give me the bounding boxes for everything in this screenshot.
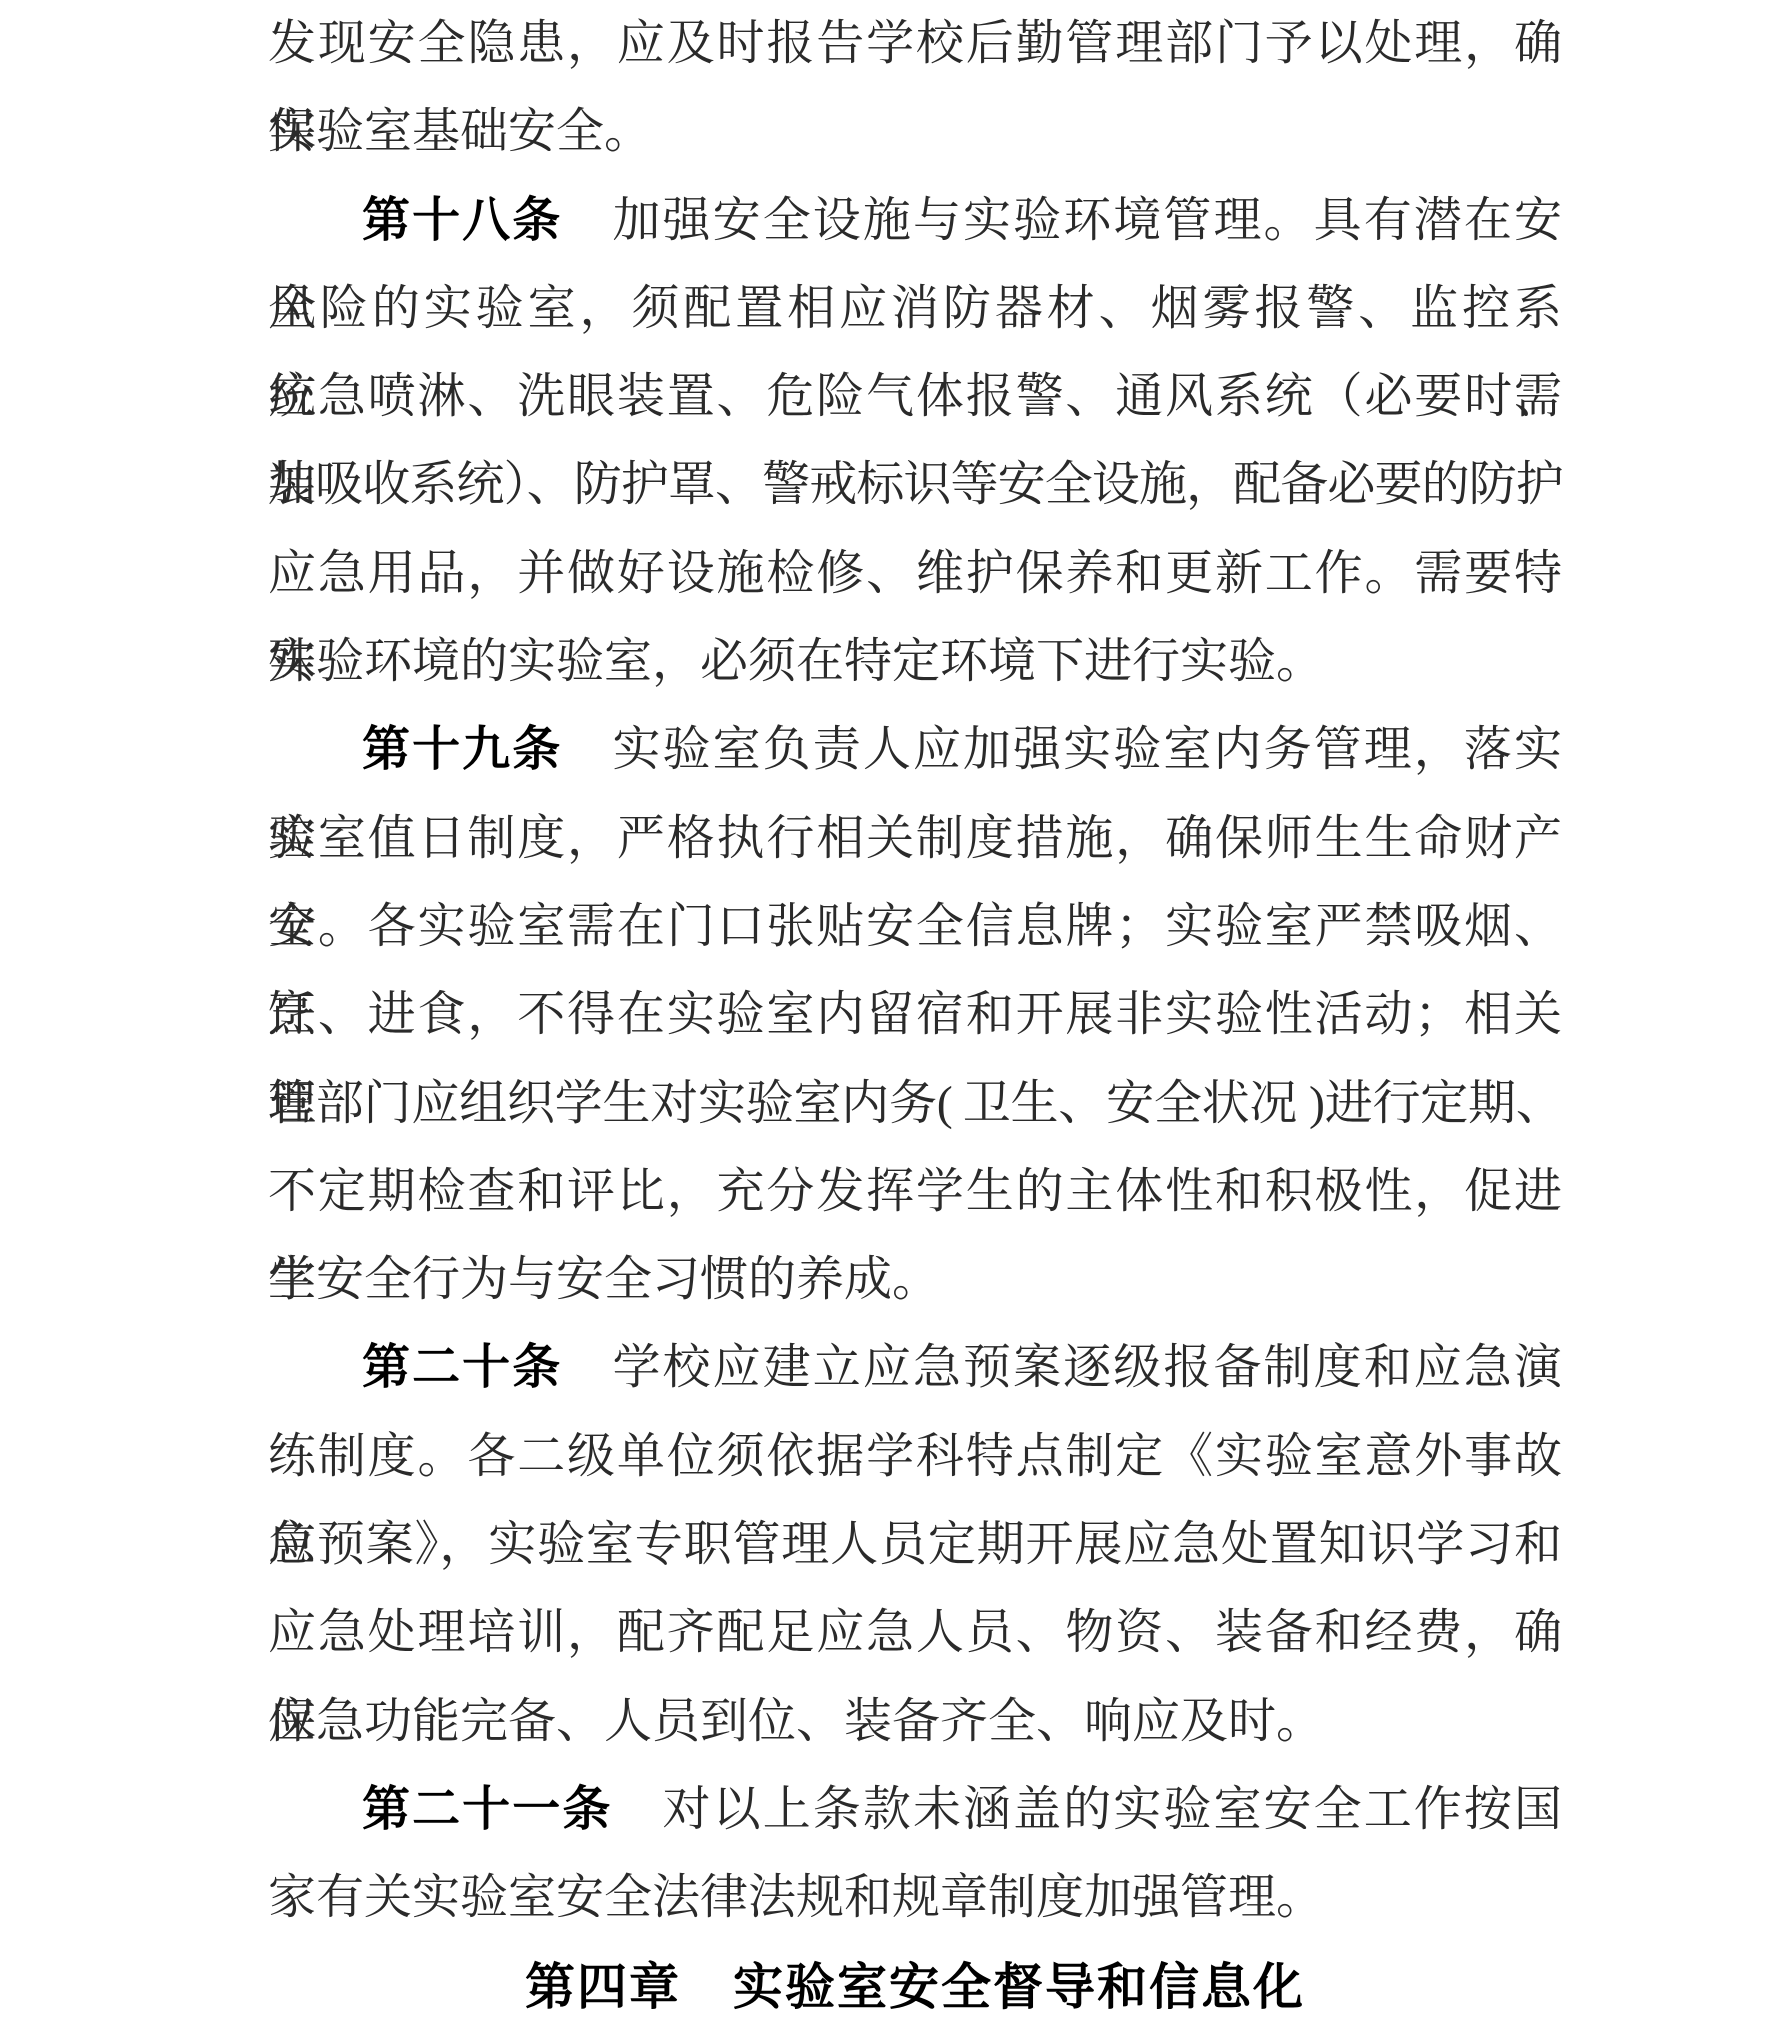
- text-line: 生安全行为与安全习惯的养成。: [268, 1236, 1562, 1324]
- text-line: 装吸收系统）、防护罩、警戒标识等安全设施，配备必要的防护: [268, 441, 1562, 529]
- document-page: 发现安全隐患，应及时报告学校后勤管理部门予以处理，确保实验室基础安全。第十八条 …: [0, 0, 1788, 2031]
- text-line: 应急喷淋、洗眼装置、危险气体报警、通风系统（必要时需加: [268, 353, 1562, 441]
- article-number-label: 第十九条: [362, 723, 562, 776]
- text-line: 实验室基础安全。: [268, 88, 1562, 176]
- text-line: 练制度。各二级单位须依据学科特点制定《实验室意外事故应: [268, 1413, 1562, 1501]
- paragraph-article-19: 第十九条 实验室负责人应加强实验室内务管理，落实实验室值日制度，严格执行相关制度…: [268, 706, 1562, 1324]
- paragraph-continuation: 发现安全隐患，应及时报告学校后勤管理部门予以处理，确保实验室基础安全。: [268, 0, 1562, 177]
- paragraph-article-21: 第二十一条 对以上条款未涵盖的实验室安全工作按国家有关实验室安全法律法规和规章制…: [268, 1766, 1562, 1943]
- text-line: 家有关实验室安全法律法规和规章制度加强管理。: [268, 1854, 1562, 1942]
- text-line: 应急处理培训，配齐配足应急人员、物资、装备和经费，确保: [268, 1589, 1562, 1677]
- text-line: 实验环境的实验室，必须在特定环境下进行实验。: [268, 618, 1562, 706]
- text-line: 全。各实验室需在门口张贴安全信息牌；实验室严禁吸烟、烹: [268, 883, 1562, 971]
- text-line: 发现安全隐患，应及时报告学校后勤管理部门予以处理，确保: [268, 0, 1562, 88]
- article-number-label: 第十八条: [362, 194, 562, 247]
- text-line: 第二十一条 对以上条款未涵盖的实验室安全工作按国: [268, 1766, 1562, 1854]
- text-line: 不定期检查和评比，充分发挥学生的主体性和积极性，促进学: [268, 1148, 1562, 1236]
- article-number-label: 第二十条: [362, 1341, 562, 1394]
- text-line: 风险的实验室，须配置相应消防器材、烟雾报警、监控系统、: [268, 265, 1562, 353]
- text-line: 第十八条 加强安全设施与实验环境管理。具有潜在安全: [268, 177, 1562, 265]
- chapter-heading: 第四章 实验室安全督导和信息化: [268, 1943, 1562, 2031]
- text-line: 应急用品，并做好设施检修、维护保养和更新工作。需要特殊: [268, 530, 1562, 618]
- text-line: 应急功能完备、人员到位、装备齐全、响应及时。: [268, 1678, 1562, 1766]
- text-line: 第二十条 学校应建立应急预案逐级报备制度和应急演: [268, 1324, 1562, 1412]
- text-line: 理部门应组织学生对实验室内务( 卫生、安全状况 )进行定期、: [268, 1060, 1562, 1148]
- text-line: 饪、进食，不得在实验室内留宿和开展非实验性活动；相关管: [268, 971, 1562, 1059]
- text-line: 急预案》，实验室专职管理人员定期开展应急处置知识学习和: [268, 1501, 1562, 1589]
- article-number-label: 第二十一条: [362, 1783, 612, 1836]
- text-line: 验室值日制度，严格执行相关制度措施，确保师生生命财产安: [268, 795, 1562, 883]
- article-first-line-text: 学校应建立应急预案逐级报备制度和应急演: [612, 1341, 1562, 1394]
- paragraph-article-18: 第十八条 加强安全设施与实验环境管理。具有潜在安全风险的实验室，须配置相应消防器…: [268, 177, 1562, 707]
- paragraph-article-20: 第二十条 学校应建立应急预案逐级报备制度和应急演练制度。各二级单位须依据学科特点…: [268, 1324, 1562, 1765]
- text-line: 第十九条 实验室负责人应加强实验室内务管理，落实实: [268, 706, 1562, 794]
- document-body: 发现安全隐患，应及时报告学校后勤管理部门予以处理，确保实验室基础安全。第十八条 …: [268, 0, 1562, 1943]
- article-first-line-text: 对以上条款未涵盖的实验室安全工作按国: [663, 1783, 1562, 1836]
